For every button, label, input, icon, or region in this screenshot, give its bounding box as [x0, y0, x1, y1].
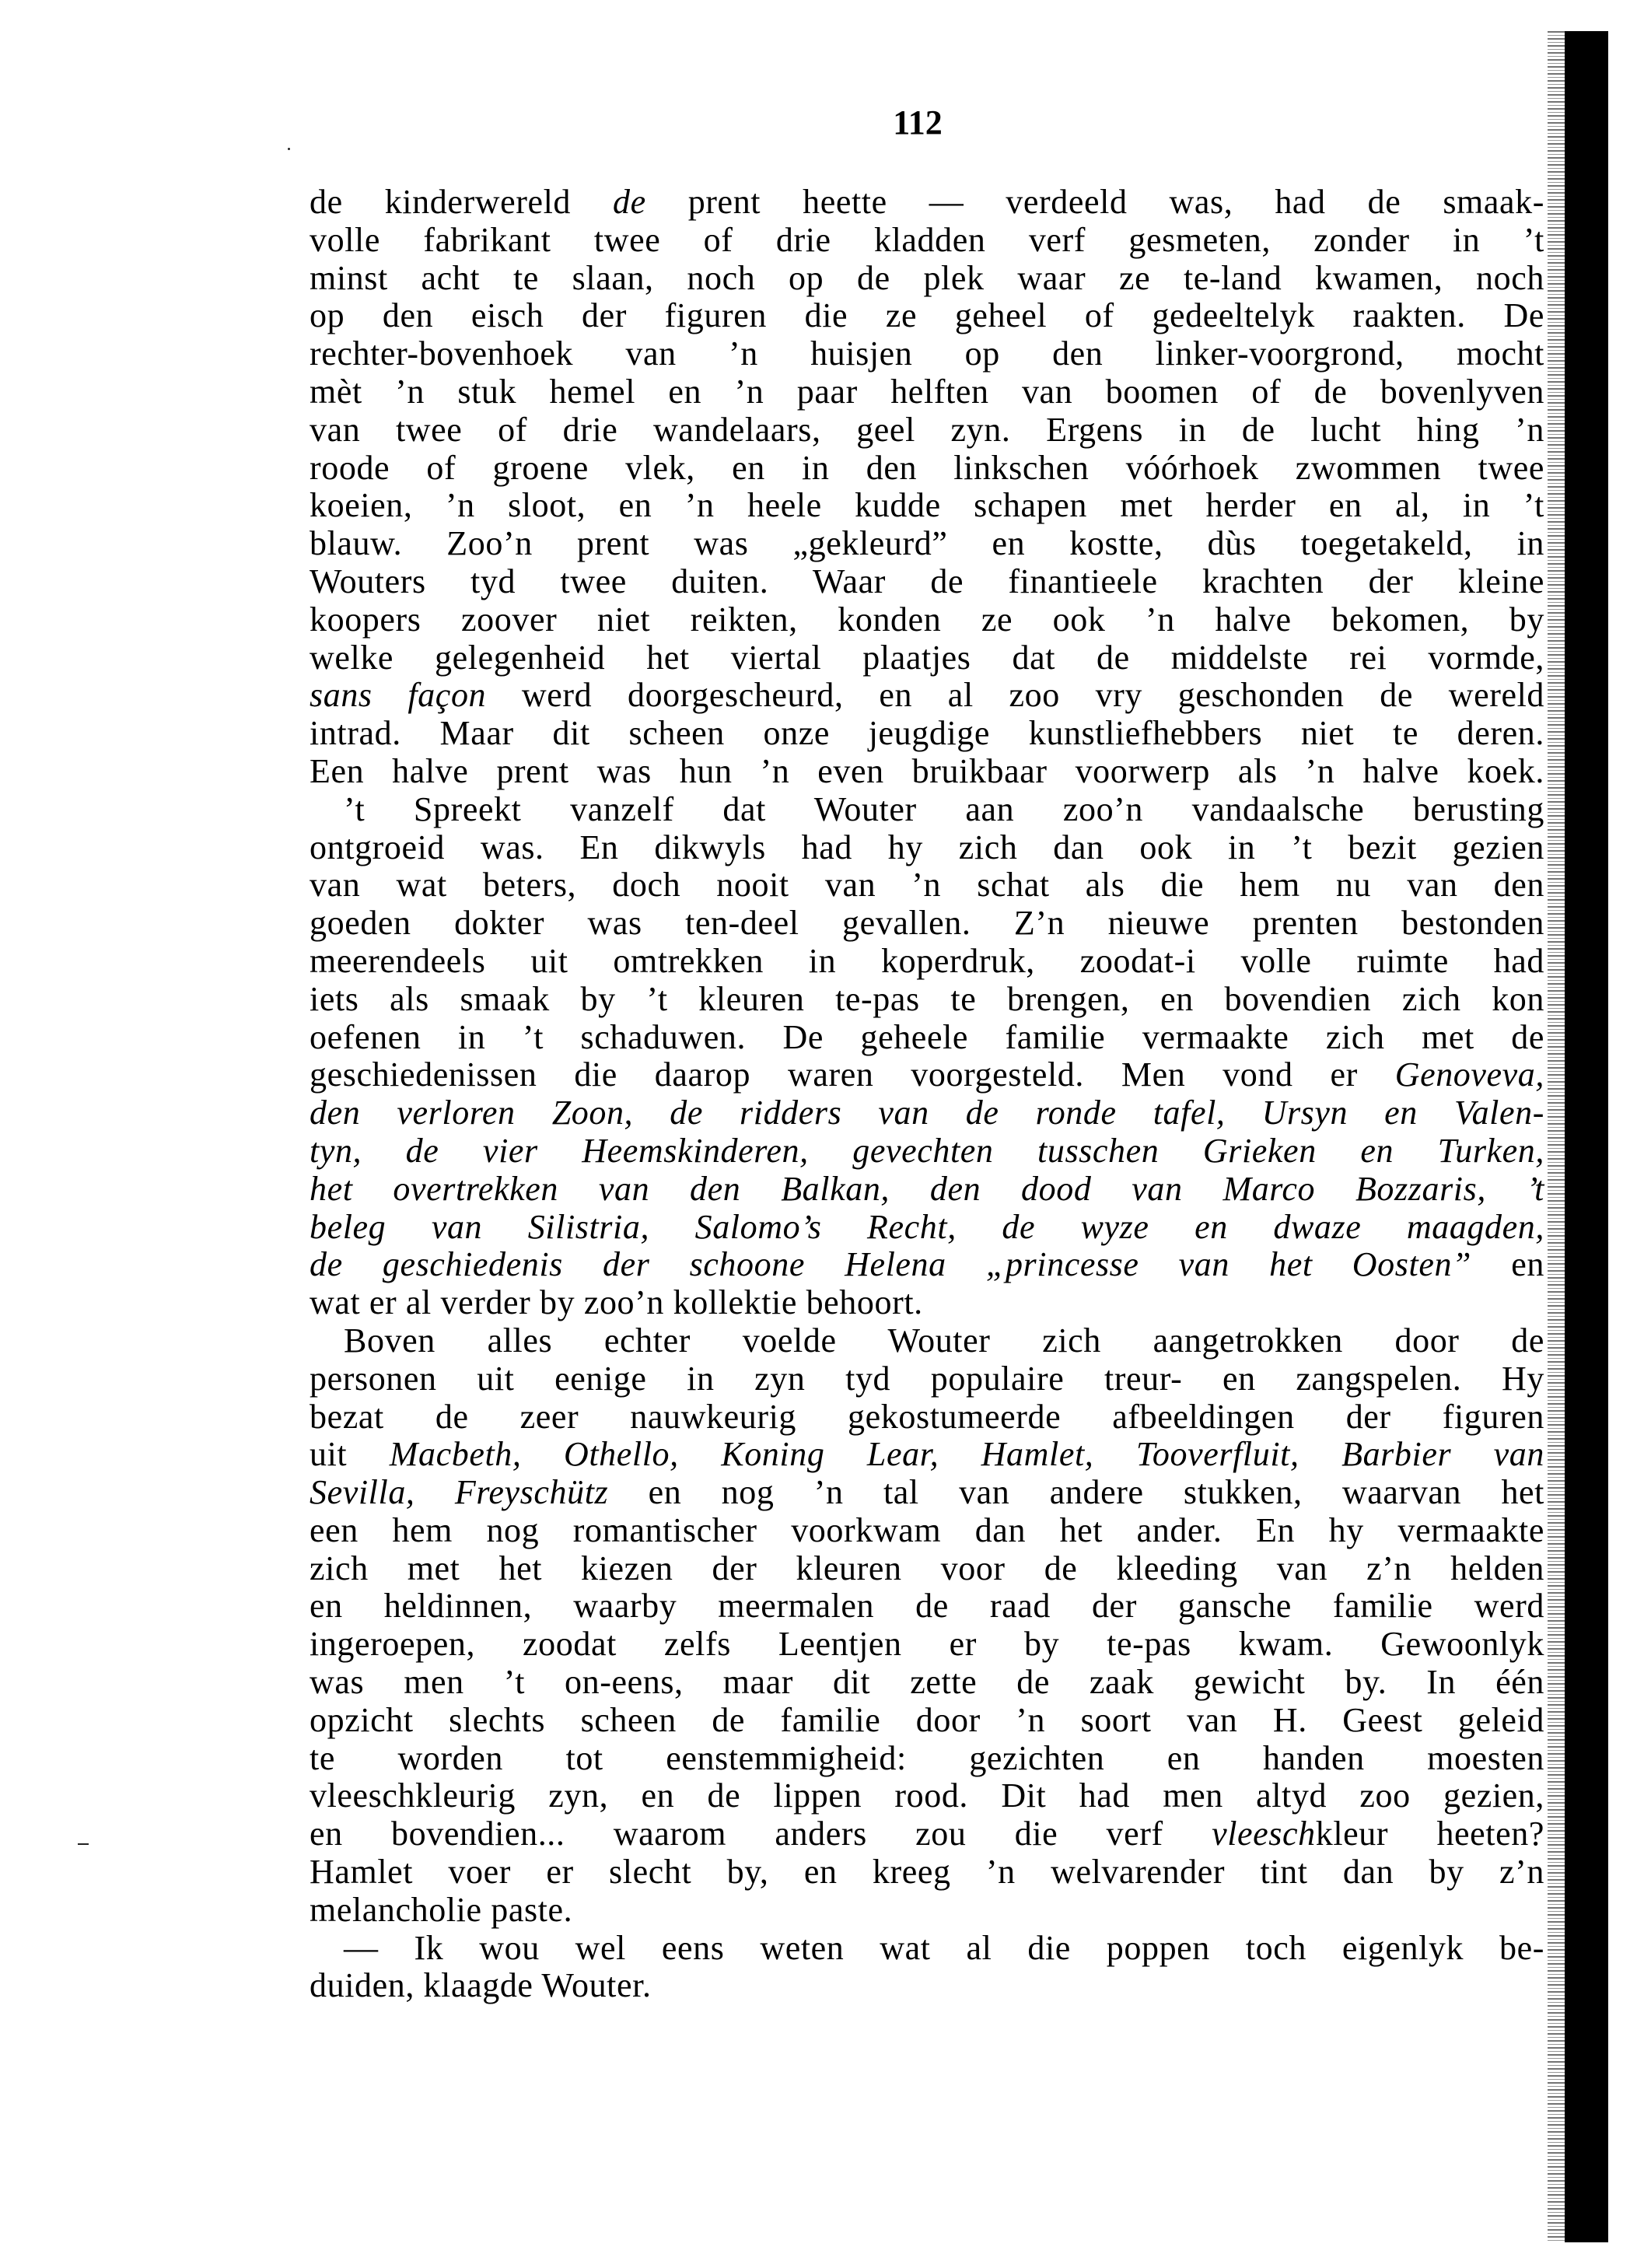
text-line: rechter-bovenhoek van ’n huisjen op den … — [310, 335, 1544, 373]
scan-speck — [288, 148, 290, 150]
text-line: Hamlet voer er slecht by, en kreeg ’n we… — [310, 1853, 1544, 1892]
text-line: en heldinnen, waarby meermalen de raad d… — [310, 1587, 1544, 1626]
text-line: mèt ’n stuk hemel en ’n paar helften van… — [310, 373, 1544, 411]
text-line: geschiedenissen die daarop waren voorges… — [310, 1056, 1544, 1094]
text-line: een hem nog romantischer voorkwam dan he… — [310, 1512, 1544, 1550]
text-line: sans façon werd doorgescheurd, en al zoo… — [310, 677, 1544, 715]
text-line: volle fabrikant twee of drie kladden ver… — [310, 222, 1544, 260]
scan-speck — [78, 1843, 89, 1845]
paragraph-end-line: duiden, klaagde Wouter. — [310, 1967, 1544, 2005]
text-line: beleg van Silistria, Salomo’s Recht, de … — [310, 1209, 1544, 1247]
text-line: minst acht te slaan, noch op de plek waa… — [310, 260, 1544, 298]
text-line: welke gelegenheid het viertal plaatjes d… — [310, 639, 1544, 677]
text-line: oefenen in ’t schaduwen. De geheele fami… — [310, 1019, 1544, 1057]
text-line: uit Macbeth, Othello, Koning Lear, Hamle… — [310, 1436, 1544, 1474]
text-line: Sevilla, Freyschütz en nog ’n tal van an… — [310, 1474, 1544, 1512]
text-line: was men ’t on-eens, maar dit zette de za… — [310, 1664, 1544, 1702]
paragraph-start-line: ’t Spreekt vanzelf dat Wouter aan zoo’n … — [310, 791, 1544, 829]
text-line: van twee of drie wandelaars, geel zyn. E… — [310, 411, 1544, 450]
text-line: op den eisch der figuren die ze geheel o… — [310, 297, 1544, 335]
text-line: personen uit eenige in zyn tyd populaire… — [310, 1360, 1544, 1398]
text-line: intrad. Maar dit scheen onze jeugdige ku… — [310, 715, 1544, 753]
text-line: en bovendien... waarom anders zou die ve… — [310, 1815, 1544, 1853]
text-line: de geschiedenis der schoone Helena „prin… — [310, 1246, 1544, 1284]
text-line: tyn, de vier Heemskinderen, gevechten tu… — [310, 1132, 1544, 1171]
page-number: 112 — [887, 103, 949, 142]
text-line: bezat de zeer nauwkeurig gekostumeerde a… — [310, 1398, 1544, 1437]
paragraph-start-line: — Ik wou wel eens weten wat al die poppe… — [310, 1930, 1544, 1968]
text-line: Wouters tyd twee duiten. Waar de finanti… — [310, 563, 1544, 601]
text-line: te worden tot eenstemmigheid: gezichten … — [310, 1740, 1544, 1778]
text-line: zich met het kiezen der kleuren voor de … — [310, 1550, 1544, 1588]
paragraph-end-line: melancholie paste. — [310, 1892, 1544, 1930]
text-line: roode of groene vlek, en in den linksche… — [310, 450, 1544, 488]
text-line: goeden dokter was ten-deel gevallen. Z’n… — [310, 905, 1544, 943]
text-line: de kinderwereld de prent heette — verdee… — [310, 184, 1544, 222]
text-line: Een halve prent was hun ’n even bruikbaa… — [310, 753, 1544, 791]
text-line: van wat beters, doch nooit van ’n schat … — [310, 866, 1544, 905]
text-line: koopers zoover niet reikten, konden ze o… — [310, 601, 1544, 639]
text-line: ingeroepen, zoodat zelfs Leentjen er by … — [310, 1626, 1544, 1664]
text-line: iets als smaak by ’t kleuren te-pas te b… — [310, 981, 1544, 1019]
text-line: blauw. Zoo’n prent was „gekleurd” en kos… — [310, 525, 1544, 563]
text-line: den verloren Zoon, de ridders van de ron… — [310, 1094, 1544, 1132]
text-line: ontgroeid was. En dikwyls had hy zich da… — [310, 829, 1544, 867]
binding-shadow-fringe — [1548, 31, 1566, 2242]
text-line: meerendeels uit omtrekken in koperdruk, … — [310, 943, 1544, 981]
paragraph-end-line: wat er al verder by zoo’n kollektie beho… — [310, 1284, 1544, 1322]
text-line: het overtrekken van den Balkan, den dood… — [310, 1171, 1544, 1209]
text-line: vleeschkleurig zyn, en de lippen rood. D… — [310, 1777, 1544, 1815]
body-text: de kinderwereld de prent heette — verdee… — [310, 184, 1544, 2005]
text-line: opzicht slechts scheen de familie door ’… — [310, 1702, 1544, 1740]
paragraph-start-line: Boven alles echter voelde Wouter zich aa… — [310, 1322, 1544, 1360]
binding-shadow — [1565, 31, 1608, 2242]
text-line: koeien, ’n sloot, en ’n heele kudde scha… — [310, 487, 1544, 525]
